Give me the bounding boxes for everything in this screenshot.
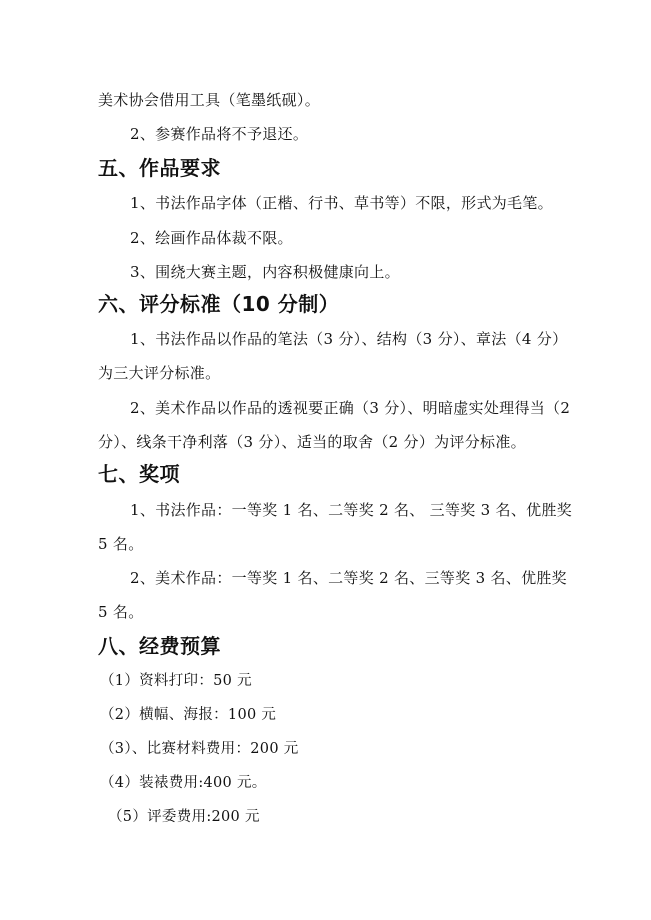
section-heading-budget: 八、经费预算 <box>98 634 221 658</box>
scoring-item-2-line2: 分）、线条干净利落（3 分）、适当的取舍（2 分）为评分标准。 <box>98 432 526 452</box>
awards-item-2-line2: 5 名。 <box>98 602 144 622</box>
scoring-item-2-line1: 2、美术作品以作品的透视要正确（3 分）、明暗虚实处理得当（2 <box>130 398 570 418</box>
scoring-item-1-line1: 1、书法作品以作品的笔法（3 分）、结构（3 分）、章法（4 分） <box>130 329 567 349</box>
budget-item-2: （2）横幅、海报：100 元 <box>100 705 276 725</box>
section-heading-scoring: 六、评分标准（10 分制） <box>98 292 339 316</box>
budget-item-4: （4）装裱费用:400 元。 <box>100 773 267 793</box>
requirement-item-3: 3、围绕大赛主题，内容积极健康向上。 <box>130 262 400 282</box>
awards-item-1-line1: 1、书法作品：一等奖 1 名、二等奖 2 名、 三等奖 3 名、优胜奖 <box>130 500 572 520</box>
budget-item-5: （5）评委费用:200 元 <box>108 807 260 827</box>
paragraph-continuation: 美术协会借用工具（笔墨纸砚）。 <box>98 90 320 110</box>
budget-item-3: （3）、比赛材料费用：200 元 <box>100 739 299 759</box>
section-heading-requirements: 五、作品要求 <box>98 156 221 180</box>
requirement-item-2: 2、绘画作品体裁不限。 <box>130 228 293 248</box>
awards-item-1-line2: 5 名。 <box>98 534 144 554</box>
budget-item-1: （1）资料打印：50 元 <box>100 671 252 691</box>
requirement-item-1: 1、书法作品字体（正楷、行书、草书等）不限，形式为毛笔。 <box>130 193 553 213</box>
awards-item-2-line1: 2、美术作品：一等奖 1 名、二等奖 2 名、三等奖 3 名、优胜奖 <box>130 568 567 588</box>
scoring-item-1-line2: 为三大评分标准。 <box>98 363 220 383</box>
section-heading-awards: 七、奖项 <box>98 462 180 486</box>
paragraph-return-policy: 2、参赛作品将不予退还。 <box>130 124 308 144</box>
